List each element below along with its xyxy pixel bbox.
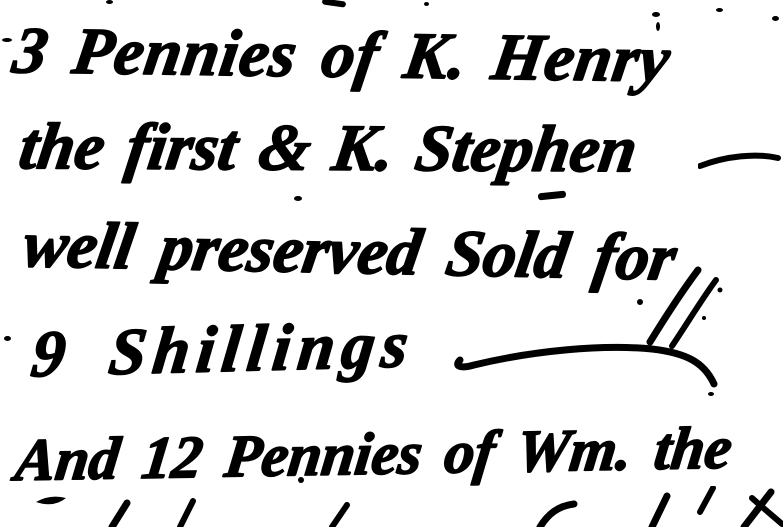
handwritten-line-3: well preserved Sold for	[19, 212, 681, 291]
pen-slash-marks	[634, 266, 746, 354]
handwritten-line-2: the first & K. Stephen	[15, 114, 641, 183]
ink-speck	[298, 477, 304, 483]
cutoff-next-line-strokes	[0, 486, 783, 527]
flourish-short-dash	[698, 146, 782, 172]
ink-speck	[772, 16, 779, 21]
ink-speck	[538, 191, 567, 201]
handwritten-line-4: 9 Shillings	[28, 312, 418, 388]
ink-speck	[322, 0, 347, 8]
ink-speck	[708, 392, 714, 396]
ink-speck	[716, 8, 723, 12]
handwritten-line-1: 3 Pennies of K. Henry	[9, 18, 675, 93]
ink-speck	[4, 336, 11, 341]
ink-speck	[656, 22, 660, 31]
ink-speck	[652, 12, 660, 17]
ink-speck	[2, 38, 12, 42]
handwritten-line-5: And 12 Pennies of Wm. the	[12, 417, 735, 490]
ink-speck	[424, 2, 429, 6]
manuscript-page: 3 Pennies of K. Henry the first & K. Ste…	[0, 0, 783, 527]
ink-speck	[106, 0, 113, 4]
ink-speck	[294, 196, 302, 201]
